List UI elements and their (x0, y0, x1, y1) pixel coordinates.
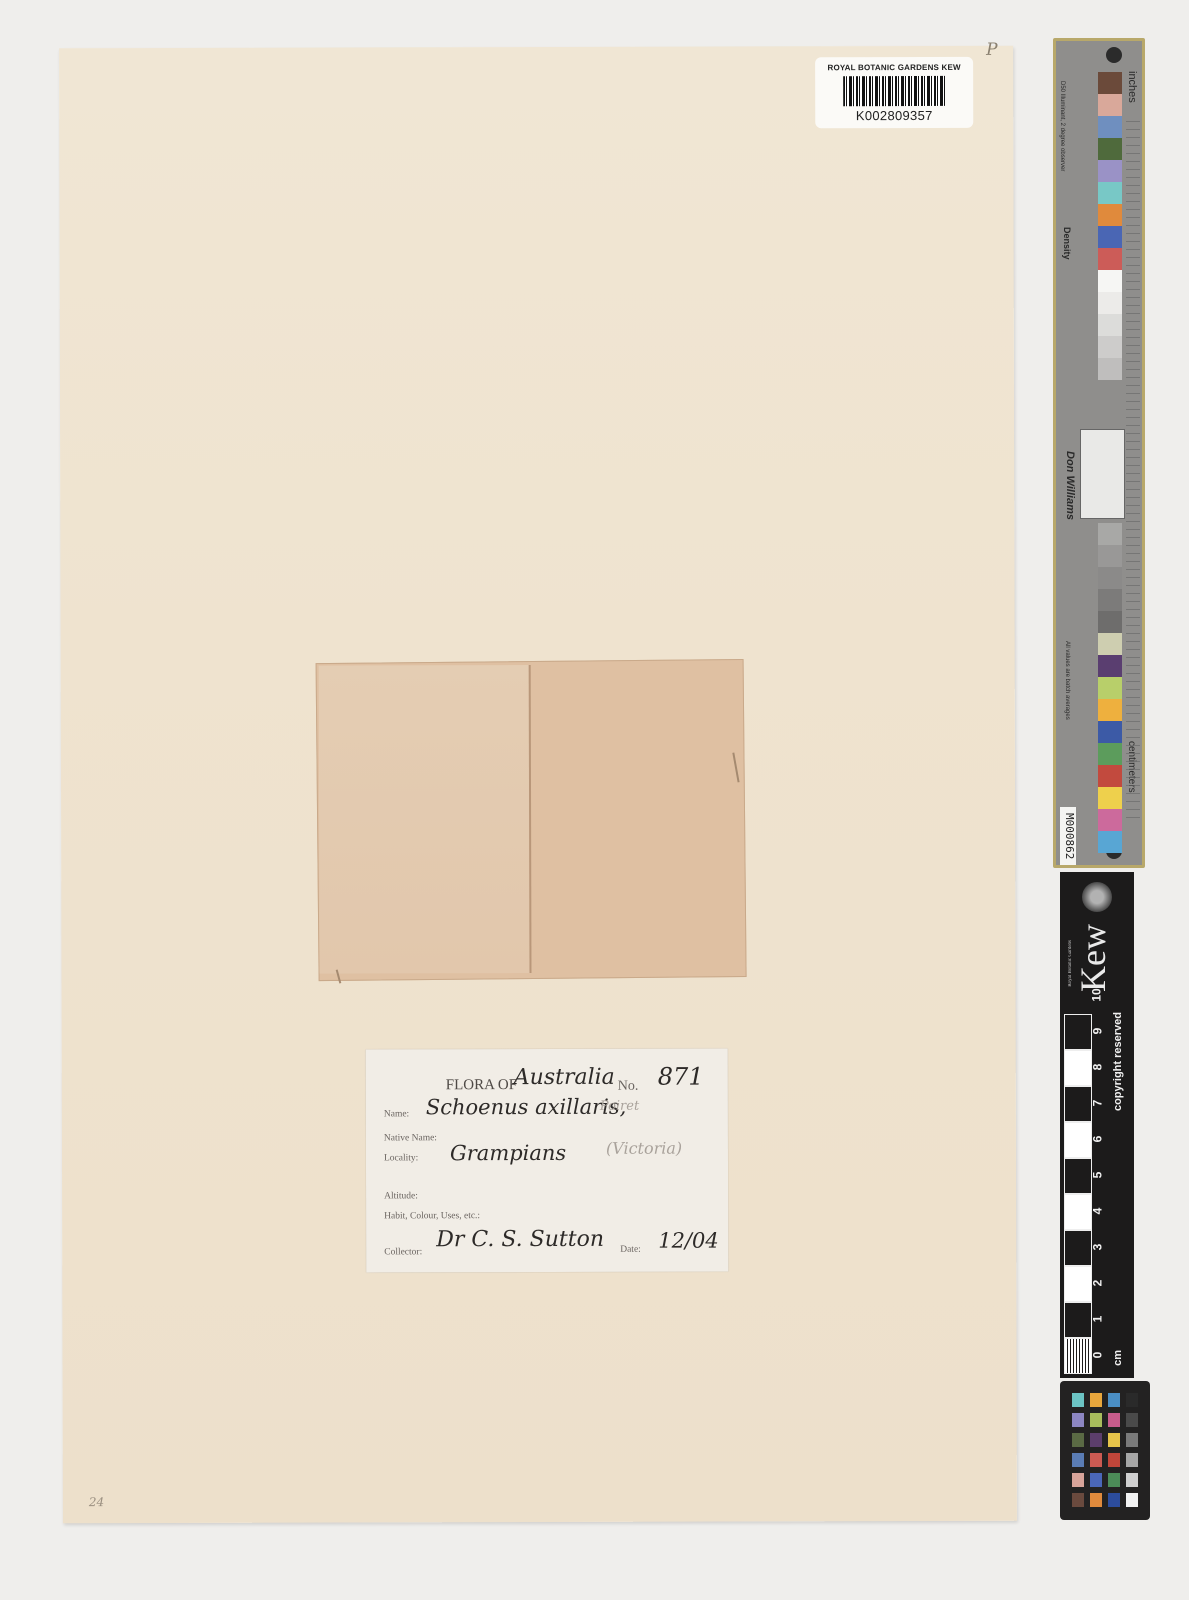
barcode-organization: ROYAL BOTANIC GARDENS KEW (815, 63, 973, 72)
color-chip (1126, 1493, 1138, 1507)
swatch (1098, 809, 1122, 831)
collector-value: Dr C. S. Sutton (436, 1227, 604, 1252)
scale-tick-6: 6 (1090, 1136, 1104, 1143)
date-label: Date: (620, 1245, 641, 1255)
swatch (1098, 248, 1122, 270)
habit-label: Habit, Colour, Uses, etc.: (384, 1211, 480, 1221)
name-author: Poiret (600, 1099, 639, 1114)
packet-flap (319, 665, 532, 974)
swatch (1098, 226, 1122, 248)
scale-cell (1064, 1014, 1092, 1050)
scale-tick-9: 9 (1090, 1028, 1104, 1035)
swatch (1098, 831, 1122, 853)
color-chip (1072, 1413, 1084, 1427)
color-chip (1090, 1453, 1102, 1467)
color-chip (1108, 1433, 1120, 1447)
specimen-packet (317, 660, 748, 981)
swatch (1098, 270, 1122, 292)
swatch (1098, 743, 1122, 765)
ruler-density-label: Density (1062, 227, 1072, 260)
color-chip (1126, 1413, 1138, 1427)
swatch (1098, 699, 1122, 721)
color-chip (1108, 1493, 1120, 1507)
scale-cell (1064, 1230, 1092, 1266)
kew-crest-icon (1082, 882, 1112, 912)
swatch (1098, 138, 1122, 160)
label-region: Australia (514, 1065, 615, 1090)
swatch (1098, 787, 1122, 809)
ruler-ticks (1126, 121, 1140, 821)
scale-cell (1064, 1086, 1092, 1122)
label-title-printed: FLORA OF (446, 1077, 517, 1094)
swatch (1098, 633, 1122, 655)
swatch (1098, 523, 1122, 545)
color-chip (1090, 1433, 1102, 1447)
scale-cell (1064, 1158, 1092, 1194)
scale-tick-2: 2 (1090, 1280, 1104, 1287)
kew-scale-bar: Kew Royal Botanic Gardens copyright rese… (1060, 872, 1134, 1378)
swatch (1098, 94, 1122, 116)
swatch (1098, 292, 1122, 314)
ruler-swatches-upper (1098, 72, 1122, 380)
scale-cell (1064, 1050, 1092, 1086)
ruler-hole-top (1106, 47, 1122, 63)
color-chip (1090, 1473, 1102, 1487)
swatch (1098, 160, 1122, 182)
name-label: Name: (384, 1109, 409, 1119)
sheet-mark-bottom: 24 (89, 1495, 104, 1509)
swatch (1098, 116, 1122, 138)
scale-cell (1064, 1122, 1092, 1158)
scale-tick-5: 5 (1090, 1172, 1104, 1179)
scale-tick-8: 8 (1090, 1064, 1104, 1071)
barcode-label: ROYAL BOTANIC GARDENS KEW K002809357 (815, 57, 973, 128)
label-number-value: 871 (658, 1063, 704, 1091)
ruler-inches-label: inches (1126, 71, 1138, 103)
color-chip (1072, 1493, 1084, 1507)
swatch (1098, 336, 1122, 358)
scale-unit: cm (1112, 1350, 1124, 1366)
swatch (1098, 589, 1122, 611)
color-chip (1090, 1493, 1102, 1507)
color-chip (1108, 1413, 1120, 1427)
ruler-brand: Don Williams (1064, 451, 1076, 520)
swatch (1098, 204, 1122, 226)
locality-label: Locality: (384, 1153, 418, 1163)
scale-tick-1: 1 (1090, 1316, 1104, 1323)
color-chip (1108, 1453, 1120, 1467)
cm-scale (1064, 1014, 1092, 1374)
kew-subtitle: Royal Botanic Gardens (1068, 940, 1073, 987)
color-chip (1126, 1453, 1138, 1467)
swatch (1098, 545, 1122, 567)
color-chip (1072, 1473, 1084, 1487)
altitude-label: Altitude: (384, 1191, 418, 1201)
scale-tick-10: 10 (1090, 988, 1104, 1001)
collector-label: Collector: (384, 1247, 422, 1257)
kew-logo: Kew (1072, 924, 1114, 992)
color-chip (1126, 1473, 1138, 1487)
ruler-footnote: All values are batch averages (1064, 641, 1070, 720)
scale-cell-mm (1064, 1338, 1092, 1374)
ruler-target (1080, 429, 1125, 519)
herbarium-sheet: P ROYAL BOTANIC GARDENS KEW K002809357 F… (59, 46, 1017, 1523)
swatch (1098, 721, 1122, 743)
color-chip (1108, 1393, 1120, 1407)
scale-tick-0: 0 (1090, 1352, 1104, 1359)
color-chip (1072, 1393, 1084, 1407)
swatch (1098, 314, 1122, 336)
color-ruler: inches D50 Illuminant, 2 degree observer… (1053, 38, 1145, 868)
scale-cell (1064, 1302, 1092, 1338)
color-chip (1090, 1413, 1102, 1427)
swatch (1098, 655, 1122, 677)
ruler-id: M000862 (1060, 807, 1076, 865)
specimen-label: FLORA OF Australia No. 871 Name: Schoenu… (366, 1049, 729, 1273)
ruler-swatches-lower (1098, 523, 1122, 853)
kew-copyright: copyright reserved (1112, 1012, 1124, 1111)
locality-value: Grampians (450, 1141, 566, 1165)
swatch (1098, 567, 1122, 589)
locality-note: (Victoria) (606, 1139, 682, 1158)
swatch (1098, 765, 1122, 787)
color-checker (1060, 1381, 1150, 1520)
swatch (1098, 182, 1122, 204)
color-chip (1072, 1433, 1084, 1447)
scale-tick-3: 3 (1090, 1244, 1104, 1251)
scale-tick-4: 4 (1090, 1208, 1104, 1215)
swatch (1098, 677, 1122, 699)
barcode-id: K002809357 (815, 108, 973, 123)
color-chip (1126, 1393, 1138, 1407)
sheet-mark-top: P (986, 40, 998, 60)
swatch (1098, 611, 1122, 633)
scale-cell (1064, 1194, 1092, 1230)
ruler-side-text: D50 Illuminant, 2 degree observer (1059, 81, 1065, 171)
color-chip (1108, 1473, 1120, 1487)
barcode-icon (843, 76, 945, 106)
label-number-label: No. (618, 1079, 639, 1095)
date-value: 12/04 (658, 1229, 719, 1253)
scale-cell (1064, 1266, 1092, 1302)
native-name-label: Native Name: (384, 1133, 437, 1143)
swatch (1098, 72, 1122, 94)
color-chip (1090, 1393, 1102, 1407)
name-value: Schoenus axillaris, (426, 1095, 627, 1120)
color-chip (1126, 1433, 1138, 1447)
scale-tick-7: 7 (1090, 1100, 1104, 1107)
color-checker-grid (1072, 1393, 1138, 1507)
swatch (1098, 358, 1122, 380)
color-chip (1072, 1453, 1084, 1467)
